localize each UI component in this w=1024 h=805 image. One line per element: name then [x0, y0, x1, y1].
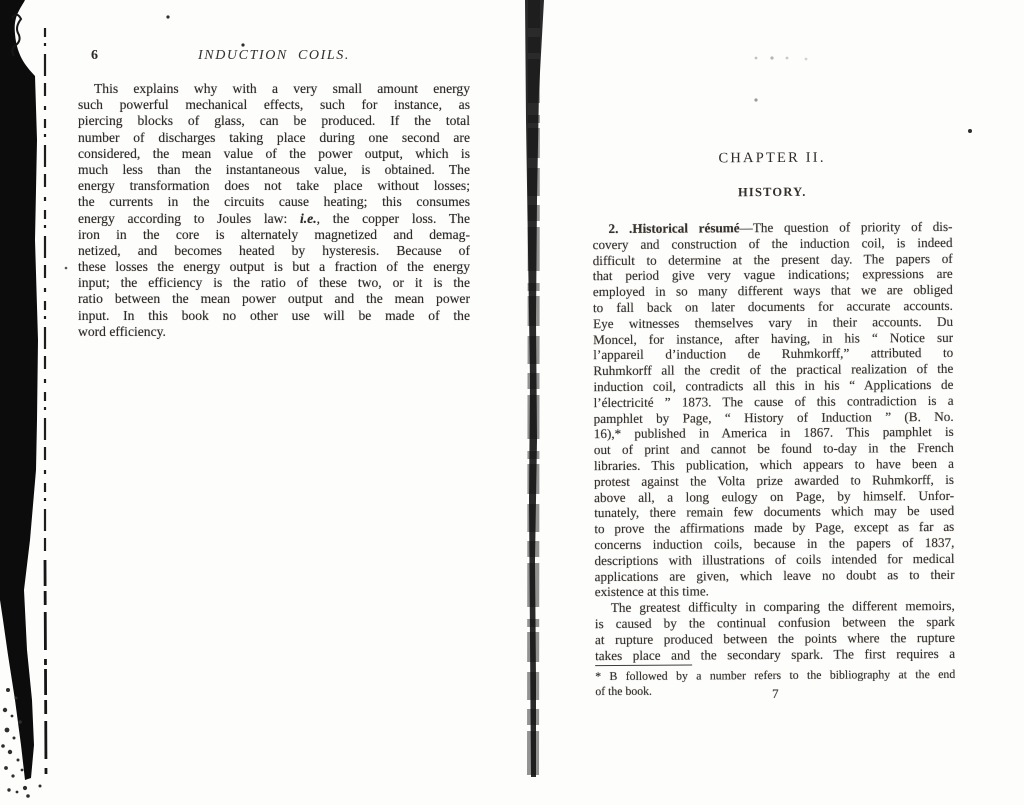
emphasized-text: Historical résumé — [632, 220, 739, 236]
scanned-book-spread: 6 INDUCTION COILS. This explains why wit… — [0, 0, 1024, 805]
text-line: piercing blocks of glass, can be produce… — [78, 113, 470, 129]
text-line: induction coil, contradicts all this in … — [593, 377, 953, 395]
text-line: is caused by the continual confusion bet… — [595, 614, 955, 632]
text-line: Eye witnesses themselves vary in their a… — [593, 314, 953, 332]
text-line: This explains why with a very small amou… — [78, 81, 470, 97]
gutter-texture — [533, 0, 534, 777]
text-line: 2. .Historical résumé—The question of pr… — [592, 219, 952, 237]
footnote-rule — [595, 665, 692, 667]
text-line: takes place and the secondary spark. The… — [595, 645, 955, 663]
text-line: number of discharges taking place during… — [78, 130, 470, 146]
text-line: to fall back on later documents for accu… — [593, 298, 953, 316]
text-line: input. In this book no other use will be… — [78, 308, 470, 324]
text-line: energy transformation does not take plac… — [78, 178, 470, 194]
chapter-heading: CHAPTER II. — [592, 149, 952, 167]
text-line: such powerful mechanical effects, such f… — [78, 97, 470, 113]
left-page: 6 INDUCTION COILS. This explains why wit… — [78, 48, 470, 340]
text-line: descriptions with illustrations of coils… — [594, 551, 954, 569]
text-line: netized, and becomes heated by hysteresi… — [78, 243, 470, 259]
text-line: iron in the core is alternately magnetiz… — [78, 227, 470, 243]
left-page-header: 6 INDUCTION COILS. — [78, 48, 470, 64]
right-page: CHAPTER II. HISTORY. 2. .Historical résu… — [592, 149, 955, 703]
text-line: considered, the mean value of the power … — [78, 146, 470, 162]
left-edge-scan-band — [0, 0, 38, 780]
text-line: libraries. This publication, which appea… — [594, 456, 954, 474]
text-line: * B followed by a number refers to the b… — [595, 667, 955, 684]
text-line: covery and construction of the induction… — [593, 235, 953, 253]
text-line: word efficiency. — [78, 324, 470, 340]
text-line: applications are given, which leave no d… — [595, 566, 955, 584]
text-line: the currents in the circuits cause heati… — [78, 194, 470, 210]
text-line: these losses the energy output is but a … — [78, 259, 470, 275]
right-page-text: 2. .Historical résumé—The question of pr… — [592, 219, 955, 664]
page-edge-dashed-line-lower — [45, 560, 46, 776]
section-heading: HISTORY. — [592, 184, 952, 200]
text-line: protest against the Volta prize awarded … — [594, 472, 954, 490]
emphasized-text: 2. . — [608, 221, 632, 236]
text-line: l’électricité ” 1873. The cause of this … — [593, 393, 953, 411]
text-line: concerns induction coils, because in the… — [594, 535, 954, 553]
text-line: much less than the instantaneous value, … — [78, 162, 470, 178]
running-header: INDUCTION COILS. — [78, 48, 470, 64]
text-line: at rupture produced between the points w… — [595, 630, 955, 648]
text-line: energy according to Joules law: i.e., th… — [78, 211, 470, 227]
emphasized-text: i.e. — [300, 211, 317, 226]
text-line: input; the efficiency is the ratio of th… — [78, 275, 470, 291]
text-line: ratio between the mean power output and … — [78, 291, 470, 307]
left-page-text: This explains why with a very small amou… — [78, 81, 470, 340]
